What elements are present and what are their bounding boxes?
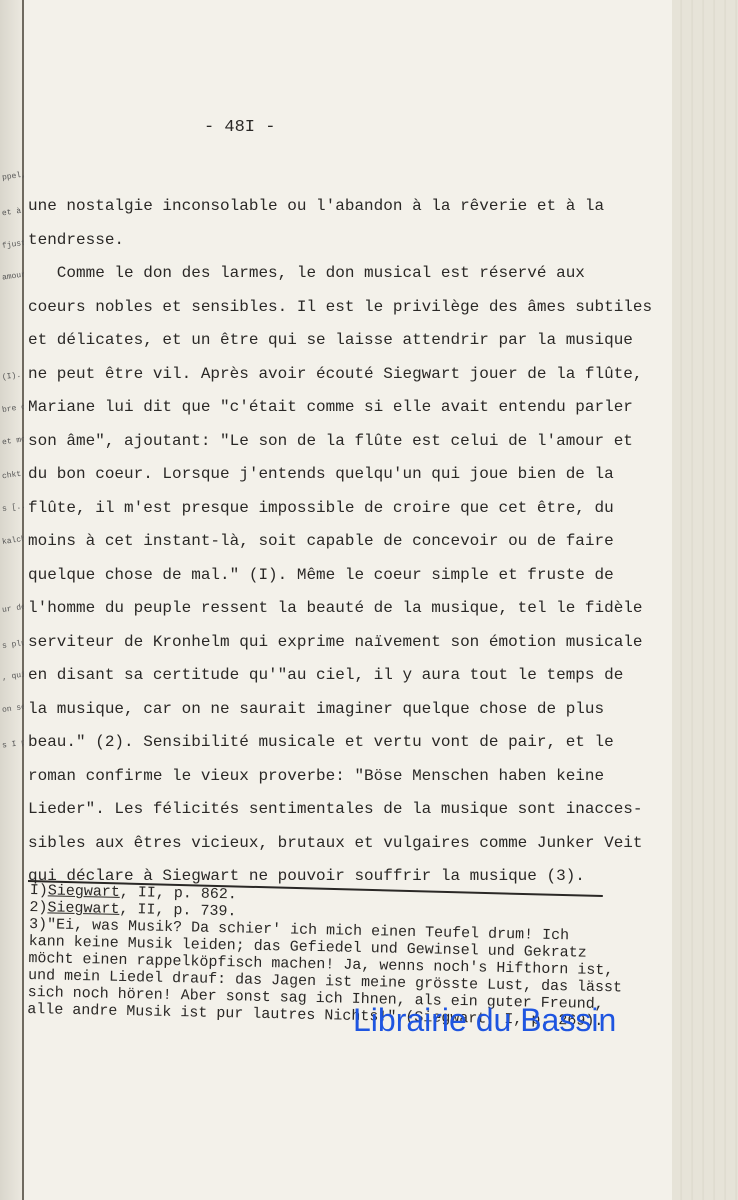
- body-line: en disant sa certitude qu'"au ciel, il y…: [28, 659, 648, 693]
- body-line: Comme le don des larmes, le don musical …: [28, 257, 648, 291]
- prev-page-fragment: s I p: [1, 738, 26, 750]
- body-line: coeurs nobles et sensibles. Il est le pr…: [28, 291, 648, 325]
- body-text: une nostalgie inconsolable ou l'abandon …: [28, 190, 648, 894]
- body-line: flûte, il m'est presque impossible de cr…: [28, 492, 648, 526]
- body-line: quelque chose de mal." (I). Même le coeu…: [28, 559, 648, 593]
- body-line: l'homme du peuple ressent la beauté de l…: [28, 592, 648, 626]
- prev-page-fragment: (I).: [1, 371, 21, 383]
- prev-page-fragment: et à: [1, 207, 21, 219]
- body-line: sibles aux êtres vicieux, brutaux et vul…: [28, 827, 648, 861]
- body-line: ne peut être vil. Après avoir écouté Sie…: [28, 358, 648, 392]
- body-line: Lieder". Les félicités sentimentales de …: [28, 793, 648, 827]
- body-line: roman confirme le vieux proverbe: "Böse …: [28, 760, 648, 794]
- page-number: - 48I -: [204, 118, 275, 137]
- body-line: et délicates, et un être qui se laisse a…: [28, 324, 648, 358]
- body-line: serviteur de Kronhelm qui exprime naïvem…: [28, 626, 648, 660]
- body-line: tendresse.: [28, 224, 648, 258]
- body-line: du bon coeur. Lorsque j'entends quelqu'u…: [28, 458, 648, 492]
- body-line: une nostalgie inconsolable ou l'abandon …: [28, 190, 648, 224]
- prev-page-fragment: ppel,: [1, 170, 26, 182]
- watermark: Librairie du Bassin: [353, 1002, 616, 1039]
- prev-page-fragment: , qui: [1, 670, 26, 682]
- body-line: Mariane lui dit que "c'était comme si el…: [28, 391, 648, 425]
- body-line: son âme", ajoutant: "Le son de la flûte …: [28, 425, 648, 459]
- page-edges: [672, 0, 738, 1200]
- body-line: la musique, car on ne saurait imaginer q…: [28, 693, 648, 727]
- previous-page-edge: ppel, et à fjusti amour (I). bre de et m…: [0, 0, 24, 1200]
- prev-page-fragment: amour: [1, 270, 26, 282]
- body-line: moins à cet instant-là, soit capable de …: [28, 525, 648, 559]
- body-line: beau." (2). Sensibilité musicale et vert…: [28, 726, 648, 760]
